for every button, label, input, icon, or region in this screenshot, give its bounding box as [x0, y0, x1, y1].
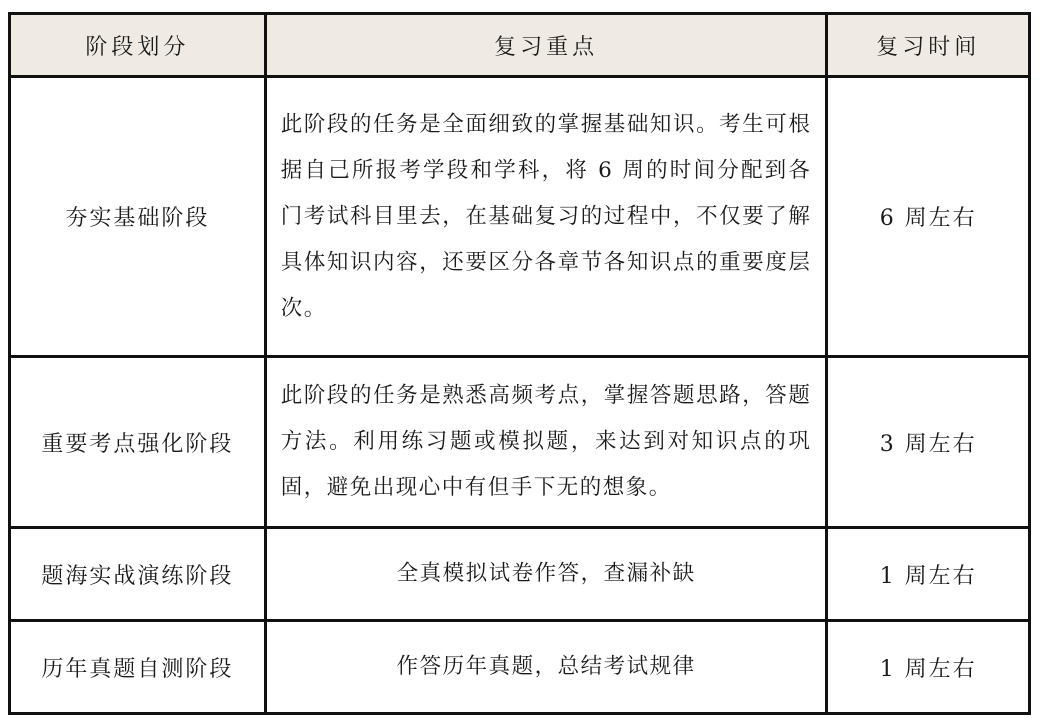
- time-cell: 3 周左右: [827, 357, 1030, 528]
- time-cell: 1 周左右: [827, 621, 1030, 714]
- focus-cell: 全真模拟试卷作答，查漏补缺: [265, 528, 827, 621]
- table-row: 重要考点强化阶段 此阶段的任务是熟悉高频考点，掌握答题思路，答题方法。利用练习题…: [10, 357, 1030, 528]
- stage-cell: 题海实战演练阶段: [10, 528, 266, 621]
- stage-cell: 重要考点强化阶段: [10, 357, 266, 528]
- header-focus: 复习重点: [265, 14, 827, 77]
- time-cell: 1 周左右: [827, 528, 1030, 621]
- stage-cell: 夯实基础阶段: [10, 77, 266, 357]
- table-header-row: 阶段划分 复习重点 复习时间: [10, 14, 1030, 77]
- time-cell: 6 周左右: [827, 77, 1030, 357]
- header-time: 复习时间: [827, 14, 1030, 77]
- stage-cell: 历年真题自测阶段: [10, 621, 266, 714]
- focus-cell: 此阶段的任务是全面细致的掌握基础知识。考生可根据自己所报考学段和学科，将 6 周…: [265, 77, 827, 357]
- table-row: 题海实战演练阶段 全真模拟试卷作答，查漏补缺 1 周左右: [10, 528, 1030, 621]
- focus-cell: 作答历年真题，总结考试规律: [265, 621, 827, 714]
- table-row: 历年真题自测阶段 作答历年真题，总结考试规律 1 周左右: [10, 621, 1030, 714]
- table-row: 夯实基础阶段 此阶段的任务是全面细致的掌握基础知识。考生可根据自己所报考学段和学…: [10, 77, 1030, 357]
- focus-cell: 此阶段的任务是熟悉高频考点，掌握答题思路，答题方法。利用练习题或模拟题，来达到对…: [265, 357, 827, 528]
- header-stage: 阶段划分: [10, 14, 266, 77]
- review-schedule-table: 阶段划分 复习重点 复习时间 夯实基础阶段 此阶段的任务是全面细致的掌握基础知识…: [8, 12, 1031, 715]
